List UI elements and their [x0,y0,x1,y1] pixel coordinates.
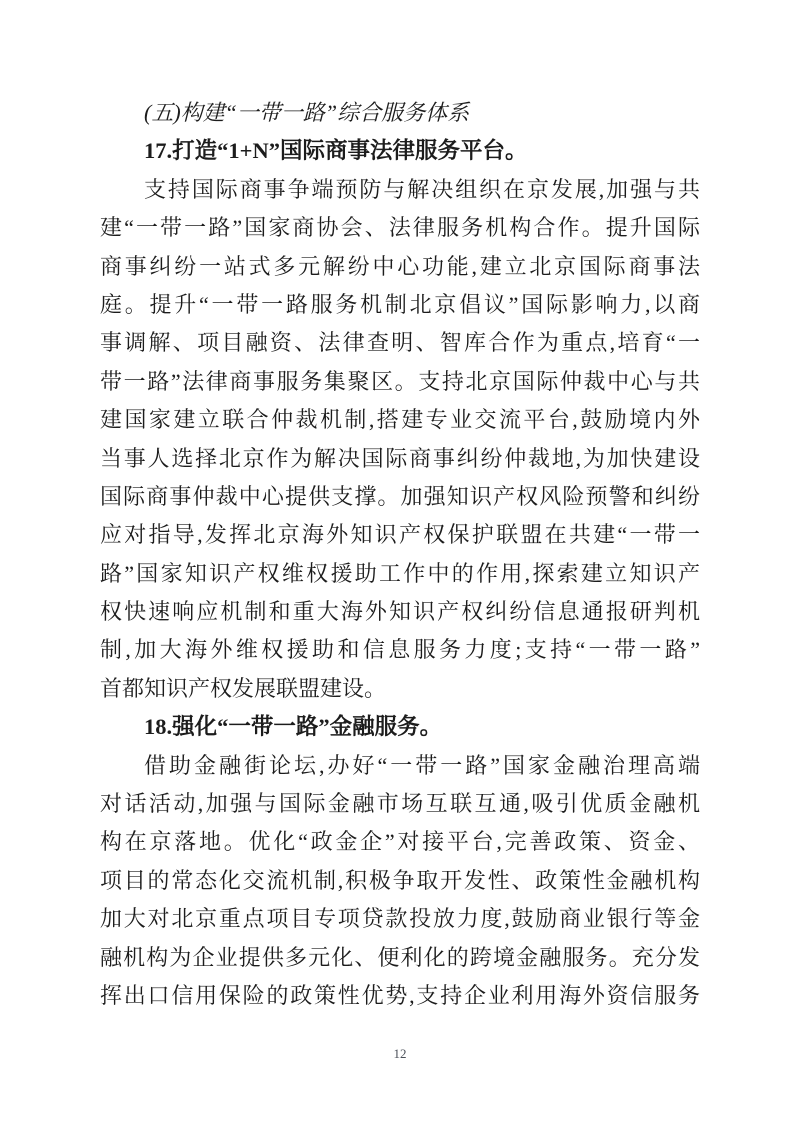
item-heading: 17.打造“1+N”国际商事法律服务平台。 [100,132,700,170]
paragraph-line: 带一路”法律商事服务集聚区。支持北京国际仲裁中心与共 [100,363,700,401]
text-block: (五)构建“一带一路”综合服务体系17.打造“1+N”国际商事法律服务平台。支持… [100,94,700,1015]
paragraph-line: 当事人选择北京作为解决国际商事纠纷仲裁地,为加快建设 [100,440,700,478]
paragraph-line: 对话活动,加强与国际金融市场互联互通,吸引优质金融机 [100,785,700,823]
paragraph-line: 国际商事仲裁中心提供支撑。加强知识产权风险预警和纠纷 [100,478,700,516]
paragraph-line: 挥出口信用保险的政策性优势,支持企业利用海外资信服务 [100,977,700,1015]
paragraph-line: 庭。提升“一带一路服务机制北京倡议”国际影响力,以商 [100,286,700,324]
paragraph-line: 加大对北京重点项目专项贷款投放力度,鼓励商业银行等金 [100,900,700,938]
section-heading: (五)构建“一带一路”综合服务体系 [100,94,700,132]
paragraph-line: 项目的常态化交流机制,积极争取开发性、政策性金融机构 [100,862,700,900]
paragraph-line: 商事纠纷一站式多元解纷中心功能,建立北京国际商事法 [100,248,700,286]
paragraph-line: 应对指导,发挥北京海外知识产权保护联盟在共建“一带一 [100,516,700,554]
item-heading: 18.强化“一带一路”金融服务。 [100,708,700,746]
page-number: 12 [0,1046,800,1062]
paragraph-line: 首都知识产权发展联盟建设。 [100,670,700,708]
paragraph-line: 建国家建立联合仲裁机制,搭建专业交流平台,鼓励境内外 [100,401,700,439]
paragraph-line: 路”国家知识产权维权援助工作中的作用,探索建立知识产 [100,555,700,593]
paragraph-line: 融机构为企业提供多元化、便利化的跨境金融服务。充分发 [100,939,700,977]
paragraph-line: 事调解、项目融资、法律查明、智库合作为重点,培育“一 [100,324,700,362]
paragraph-line: 支持国际商事争端预防与解决组织在京发展,加强与共 [100,171,700,209]
paragraph-line: 借助金融街论坛,办好“一带一路”国家金融治理高端 [100,747,700,785]
document-page: (五)构建“一带一路”综合服务体系17.打造“1+N”国际商事法律服务平台。支持… [0,0,800,1131]
paragraph-line: 构在京落地。优化“政金企”对接平台,完善政策、资金、 [100,823,700,861]
paragraph-line: 建“一带一路”国家商协会、法律服务机构合作。提升国际 [100,209,700,247]
paragraph-line: 制,加大海外维权援助和信息服务力度;支持“一带一路” [100,631,700,669]
paragraph-line: 权快速响应机制和重大海外知识产权纠纷信息通报研判机 [100,593,700,631]
